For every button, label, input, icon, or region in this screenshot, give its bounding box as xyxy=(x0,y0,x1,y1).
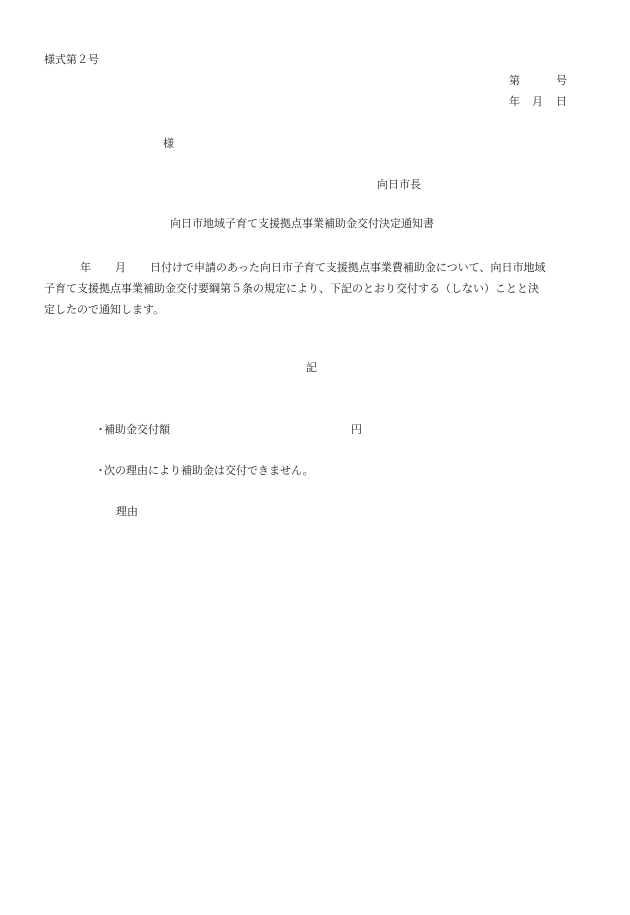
date-month: 月 xyxy=(532,95,543,109)
ki-heading: 記 xyxy=(306,361,317,375)
addressee-honorific: 様 xyxy=(163,137,174,151)
body-year: 年 xyxy=(80,261,91,274)
date-day: 日 xyxy=(556,95,567,109)
body-line-3: 定したので通知します。 xyxy=(44,299,584,320)
document-title: 向日市地域子育て支援拠点事業補助金交付決定通知書 xyxy=(170,217,434,231)
reference-number-prefix: 第 xyxy=(509,74,520,88)
form-number: 様式第２号 xyxy=(44,53,99,67)
notice-body: 年月日付けで申請のあった向日市子育て支援拠点事業費補助金について、向日市地域 子… xyxy=(44,257,584,320)
date-year: 年 xyxy=(509,95,520,109)
reason-label: 理由 xyxy=(116,505,138,519)
grant-amount-unit: 円 xyxy=(351,423,362,437)
reference-number-suffix: 号 xyxy=(556,74,567,88)
issuer: 向日市長 xyxy=(377,178,421,192)
grant-amount-label: 補助金交付額 xyxy=(104,423,170,437)
body-line-1-text: 日付けで申請のあった向日市子育て支援拠点事業費補助金について、向日市地域 xyxy=(150,261,545,274)
body-line-1: 年月日付けで申請のあった向日市子育て支援拠点事業費補助金について、向日市地域 xyxy=(44,257,584,278)
refusal-statement: 次の理由により補助金は交付できません。 xyxy=(104,464,314,478)
body-month: 月 xyxy=(115,261,126,274)
body-line-2: 子育て支援拠点事業補助金交付要綱第５条の規定により、下記のとおり交付する（しない… xyxy=(44,278,584,299)
